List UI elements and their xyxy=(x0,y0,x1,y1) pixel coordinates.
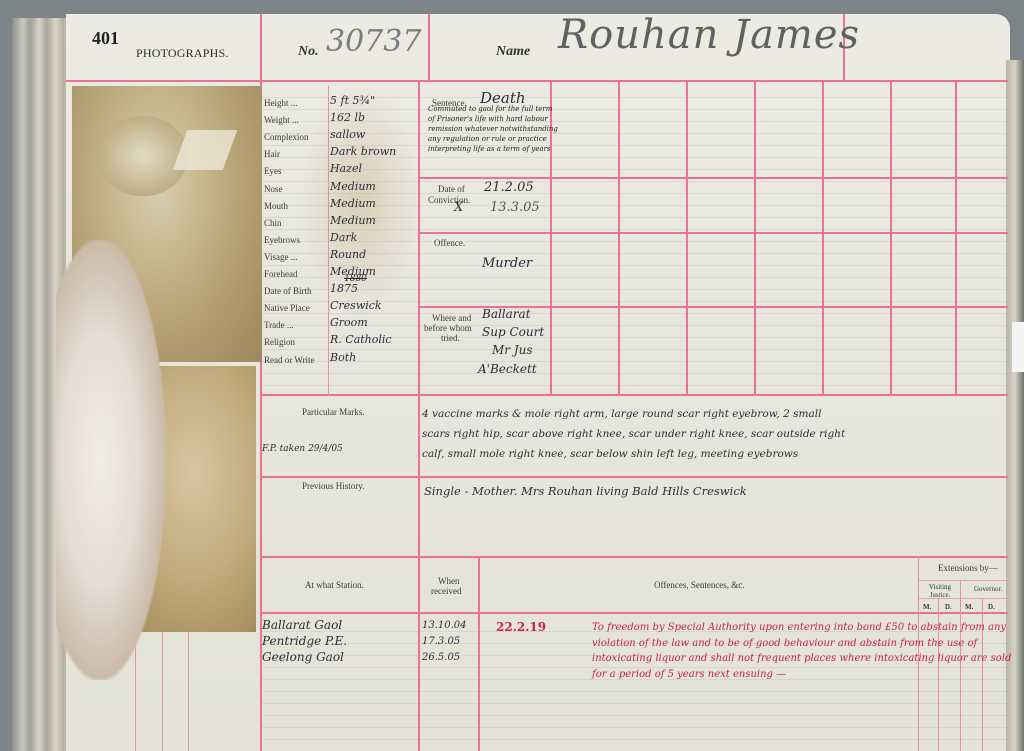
trial-judge-title: Mr Jus xyxy=(492,343,533,357)
description-value: Round xyxy=(330,248,366,261)
trial-court: Sup Court xyxy=(482,325,544,339)
rule-line xyxy=(262,612,1008,614)
description-label: Read or Write xyxy=(264,355,314,365)
description-label: Visage ... xyxy=(264,252,297,262)
rule-line xyxy=(188,620,189,751)
struck-birth-year: 1880 xyxy=(344,274,367,284)
trial-label-3: tried. xyxy=(441,333,460,343)
rule-line xyxy=(890,80,892,396)
release-note: To freedom by Special Authority upon ent… xyxy=(592,620,1012,682)
visiting-months-header: M. xyxy=(923,603,931,611)
station-row-3: Geelong Gaol xyxy=(262,650,344,664)
trial-label-2: before whom xyxy=(424,323,472,333)
station-row-2: Pentridge P.E. xyxy=(262,634,347,648)
rule-line xyxy=(262,476,1008,478)
conviction-date: 21.2.05 xyxy=(484,180,534,195)
prisoner-name: Rouhan James xyxy=(558,12,860,58)
description-value: Dark brown xyxy=(330,145,396,158)
description-label: Weight ... xyxy=(264,115,299,125)
photograph-face xyxy=(98,116,188,196)
particular-marks-line-2: scars right hip, scar above right knee, … xyxy=(422,428,845,440)
prisoner-number: 30737 xyxy=(326,24,421,59)
description-value: Medium xyxy=(330,197,376,210)
particular-marks-line-1: 4 vaccine marks & mole right arm, large … xyxy=(422,408,822,420)
governor-days-header: D. xyxy=(988,603,995,611)
description-value: sallow xyxy=(330,128,365,141)
rule-line xyxy=(262,394,1008,396)
photographs-heading: PHOTOGRAPHS. xyxy=(136,46,229,61)
name-label: Name xyxy=(496,44,530,60)
visiting-justice-header: Visiting Justice. xyxy=(922,583,958,599)
governor-header: Governor. xyxy=(974,585,1002,593)
description-label: Forehead xyxy=(264,269,298,279)
rule-line xyxy=(686,80,688,396)
description-value: 5 ft 5¾" xyxy=(330,94,375,107)
rule-line xyxy=(478,556,480,751)
description-value: 162 lb xyxy=(330,111,365,124)
previous-history-label: Previous History. xyxy=(302,481,364,491)
description-value: Medium xyxy=(330,214,376,227)
description-label: Religion xyxy=(264,337,295,347)
sentence-note: Commuted to gaol for the full term of Pr… xyxy=(428,104,558,154)
conviction-label-2: Conviction. xyxy=(428,195,470,205)
particular-marks-line-3: calf, small mole right knee, scar below … xyxy=(422,448,798,460)
rule-line xyxy=(66,80,1008,82)
rule-line xyxy=(262,556,1008,558)
extensions-header: Extensions by— xyxy=(938,563,998,573)
station-row-1: Ballarat Gaol xyxy=(262,618,342,632)
received-row-2: 17.3.05 xyxy=(422,636,460,647)
rule-line xyxy=(754,80,756,396)
rule-line xyxy=(420,232,1008,234)
rule-line xyxy=(822,80,824,396)
visiting-days-header: D. xyxy=(945,603,952,611)
description-label: Chin xyxy=(264,218,282,228)
trial-label: Where and xyxy=(432,313,471,323)
received-header-2: received xyxy=(431,586,461,596)
received-header: When xyxy=(438,576,460,586)
rule-line xyxy=(918,580,1008,581)
trial-judge: A'Beckett xyxy=(478,362,537,376)
trial-place: Ballarat xyxy=(482,307,531,321)
description-value: Creswick xyxy=(330,299,382,312)
water-damage xyxy=(56,240,166,680)
description-label: Trade ... xyxy=(264,320,294,330)
station-header: At what Station. xyxy=(305,580,364,590)
offences-header: Offences, Sentences, &c. xyxy=(654,580,745,590)
governor-months-header: M. xyxy=(965,603,973,611)
description-label: Eyes xyxy=(264,166,282,176)
page-number: 401 xyxy=(92,28,119,49)
description-label: Native Place xyxy=(264,303,310,313)
description-value: Groom xyxy=(330,316,368,329)
offence-label: Offence. xyxy=(434,238,465,248)
description-label: Height ... xyxy=(264,98,298,108)
description-label: Complexion xyxy=(264,132,309,142)
rule-line xyxy=(428,14,430,80)
release-date: 22.2.19 xyxy=(496,620,546,634)
number-label: No. xyxy=(298,44,319,60)
description-label: Nose xyxy=(264,184,283,194)
conviction-label: Date of xyxy=(438,184,465,194)
previous-history-value: Single - Mother. Mrs Rouhan living Bald … xyxy=(424,484,747,498)
page-tab xyxy=(1012,322,1024,372)
offence-value: Murder xyxy=(482,256,532,271)
particular-marks-label: Particular Marks. xyxy=(302,407,364,417)
received-row-3: 26.5.05 xyxy=(422,652,460,663)
description-value: R. Catholic xyxy=(330,333,392,346)
description-value: Both xyxy=(330,351,356,364)
description-value: Medium xyxy=(330,180,376,193)
sentence-date: 13.3.05 xyxy=(490,200,540,215)
description-label: Date of Birth xyxy=(264,286,312,296)
received-row-1: 13.10.04 xyxy=(422,620,467,631)
conviction-mark: X xyxy=(454,200,463,215)
description-label: Eyebrows xyxy=(264,235,300,245)
rule-line xyxy=(618,80,620,396)
description-label: Hair xyxy=(264,149,280,159)
fingerprint-note: F.P. taken 29/4/05 xyxy=(262,444,343,454)
description-value: Dark xyxy=(330,231,357,244)
description-label: Mouth xyxy=(264,201,288,211)
rule-line xyxy=(420,177,1008,179)
rule-line xyxy=(955,80,957,396)
description-value: Hazel xyxy=(330,162,362,175)
